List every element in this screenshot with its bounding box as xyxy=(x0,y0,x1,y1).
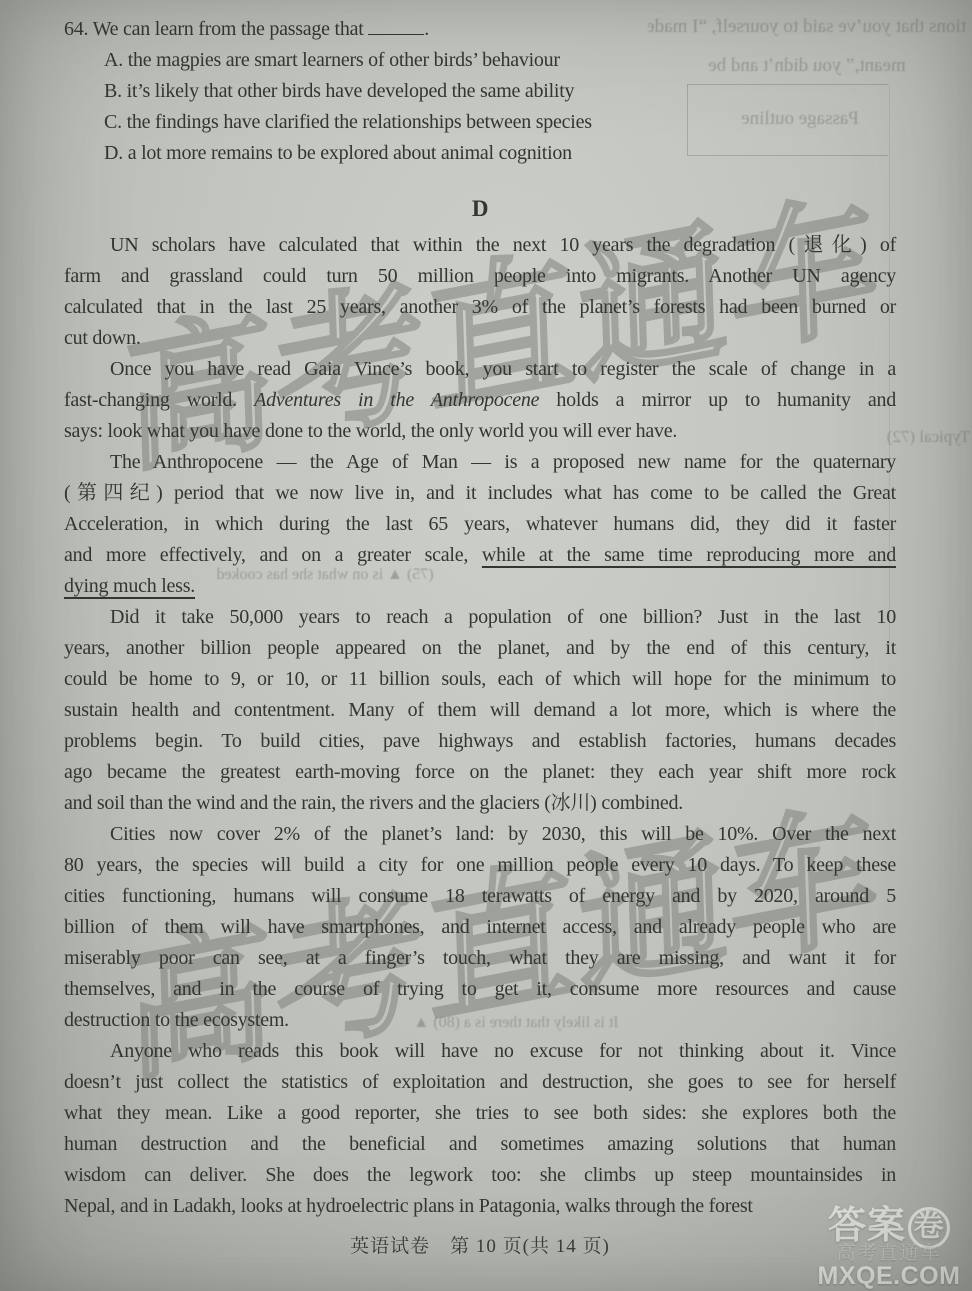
passage-line: what they mean. Like a good reporter, sh… xyxy=(64,1098,896,1129)
passage-line: farm and grassland could turn 50 million… xyxy=(64,261,896,292)
passage-line: and more effectively, and on a greater s… xyxy=(64,540,896,571)
passage-line: could be home to 9, or 10, or 11 billion… xyxy=(64,664,896,695)
passage-line: themselves, and in the course of trying … xyxy=(64,974,896,1005)
passage-line: fast-changing world. Adventures in the A… xyxy=(64,385,896,416)
passage-line: UN scholars have calculated that within … xyxy=(64,230,896,261)
passage-line: doesn’t just collect the statistics of e… xyxy=(64,1067,896,1098)
question-option: A. the magpies are smart learners of oth… xyxy=(64,45,896,76)
page-footer: 英语试卷 第 10 页(共 14 页) xyxy=(64,1231,896,1258)
passage-line: sustain health and contentment. Many of … xyxy=(64,695,896,726)
passage-line: years, another billion people appeared o… xyxy=(64,633,896,664)
passage-line: The Anthropocene — the Age of Man — is a… xyxy=(64,447,896,478)
passage-line: billion of them will have smartphones, a… xyxy=(64,912,896,943)
passage-line: calculated that in the last 25 years, an… xyxy=(64,292,896,323)
question-stem: 64. We can learn from the passage that . xyxy=(64,14,896,45)
question-option: D. a lot more remains to be explored abo… xyxy=(64,138,896,169)
passage-line: ago became the greatest earth-moving for… xyxy=(64,757,896,788)
passage-line: destruction to the ecosystem. xyxy=(64,1005,896,1036)
passage-line: human destruction and the beneficial and… xyxy=(64,1129,896,1160)
passage-line: 80 years, the species will build a city … xyxy=(64,850,896,881)
passage-line: (第四纪) period that we now live in, and it… xyxy=(64,478,896,509)
passage-line: Cities now cover 2% of the planet’s land… xyxy=(64,819,896,850)
passage-line: and soil than the wind and the rain, the… xyxy=(64,788,896,819)
answer-blank xyxy=(368,20,424,35)
passage-line: says: look what you have done to the wor… xyxy=(64,416,896,447)
question-block: 64. We can learn from the passage that .… xyxy=(64,14,896,169)
passage-line: problems begin. To build cities, pave hi… xyxy=(64,726,896,757)
passage-line: Nepal, and in Ladakh, looks at hydroelec… xyxy=(64,1191,896,1222)
passage-line: Acceleration, in which during the last 6… xyxy=(64,509,896,540)
passage-line: Once you have read Gaia Vince’s book, yo… xyxy=(64,354,896,385)
section-heading: D xyxy=(64,193,896,225)
question-option: B. it’s likely that other birds have dev… xyxy=(64,76,896,107)
passage-line: Did it take 50,000 years to reach a popu… xyxy=(64,602,896,633)
passage-line: Anyone who reads this book will have no … xyxy=(64,1036,896,1067)
passage-line: miserably poor can see, at a finger’s to… xyxy=(64,943,896,974)
passage-line: dying much less. xyxy=(64,571,896,602)
question-option: C. the findings have clarified the relat… xyxy=(64,107,896,138)
passage-line: cut down. xyxy=(64,323,896,354)
passage-line: cities functioning, humans will consume … xyxy=(64,881,896,912)
passage-line: wisdom can deliver. She does the legwork… xyxy=(64,1160,896,1191)
passage-body: UN scholars have calculated that within … xyxy=(64,230,896,1222)
page-content: 64. We can learn from the passage that .… xyxy=(64,14,896,1222)
scanned-exam-page: tions that you’ve said to yourself, “I m… xyxy=(0,0,972,1291)
